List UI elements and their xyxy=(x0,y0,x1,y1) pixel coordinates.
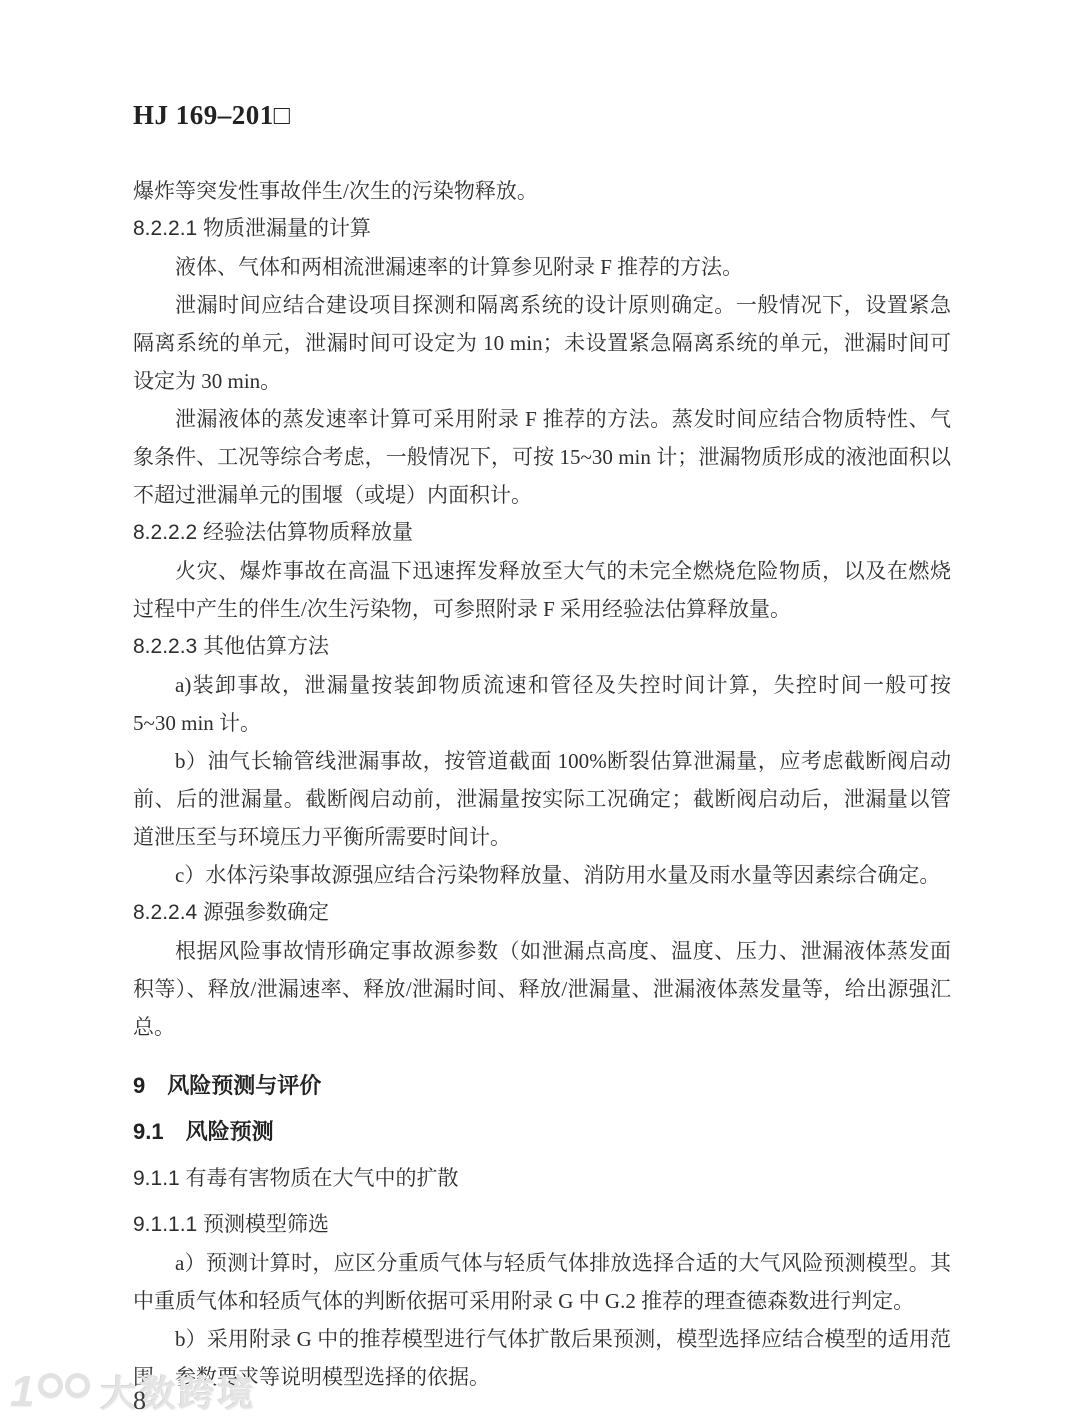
subclause-heading: 9.1.1 有毒有害物质在大气中的扩散 xyxy=(133,1160,951,1198)
clause-heading: 8.2.2.2 经验法估算物质释放量 xyxy=(133,514,951,552)
paragraph: a)装卸事故，泄漏量按装卸物质流速和管径及失控时间计算，失控时间一般可按 5~3… xyxy=(133,666,951,742)
document-page: HJ 169–201□ 爆炸等突发性事故伴生/次生的污染物释放。8.2.2.1 … xyxy=(0,0,1080,1418)
standard-number-header: HJ 169–201□ xyxy=(133,100,291,131)
document-body: 爆炸等突发性事故伴生/次生的污染物释放。8.2.2.1 物质泄漏量的计算液体、气… xyxy=(133,172,951,1396)
page-number: 8 xyxy=(133,1386,146,1416)
subclause-heading: 9.1.1.1 预测模型筛选 xyxy=(133,1206,951,1244)
paragraph: 泄漏液体的蒸发速率计算可采用附录 F 推荐的方法。蒸发时间应结合物质特性、气象条… xyxy=(133,400,951,514)
paragraph: 根据风险事故情形确定事故源参数（如泄漏点高度、温度、压力、泄漏液体蒸发面积等）、… xyxy=(133,932,951,1046)
paragraph: c）水体污染事故源强应结合污染物释放量、消防用水量及雨水量等因素综合确定。 xyxy=(133,856,951,894)
paragraph: a）预测计算时，应区分重质气体与轻质气体排放选择合适的大气风险预测模型。其中重质… xyxy=(133,1244,951,1320)
paragraph: 火灾、爆炸事故在高温下迅速挥发释放至大气的未完全燃烧危险物质，以及在燃烧过程中产… xyxy=(133,552,951,628)
paragraph: 液体、气体和两相流泄漏速率的计算参见附录 F 推荐的方法。 xyxy=(133,248,951,286)
paragraph: 泄漏时间应结合建设项目探测和隔离系统的设计原则确定。一般情况下，设置紧急隔离系统… xyxy=(133,286,951,400)
clause-heading: 8.2.2.1 物质泄漏量的计算 xyxy=(133,210,951,248)
paragraph: b）油气长输管线泄漏事故，按管道截面 100%断裂估算泄漏量，应考虑截断阀启动前… xyxy=(133,742,951,856)
chapter-heading: 9 风险预测与评价 xyxy=(133,1066,951,1106)
section-heading: 9.1 风险预测 xyxy=(133,1112,951,1152)
watermark-text: 大数跨境 xyxy=(100,1366,256,1417)
clause-heading: 8.2.2.3 其他估算方法 xyxy=(133,628,951,666)
clause-heading: 8.2.2.4 源强参数确定 xyxy=(133,894,951,932)
paragraph: 爆炸等突发性事故伴生/次生的污染物释放。 xyxy=(133,172,951,210)
watermark-logo-icon: 1 xyxy=(10,1370,90,1414)
